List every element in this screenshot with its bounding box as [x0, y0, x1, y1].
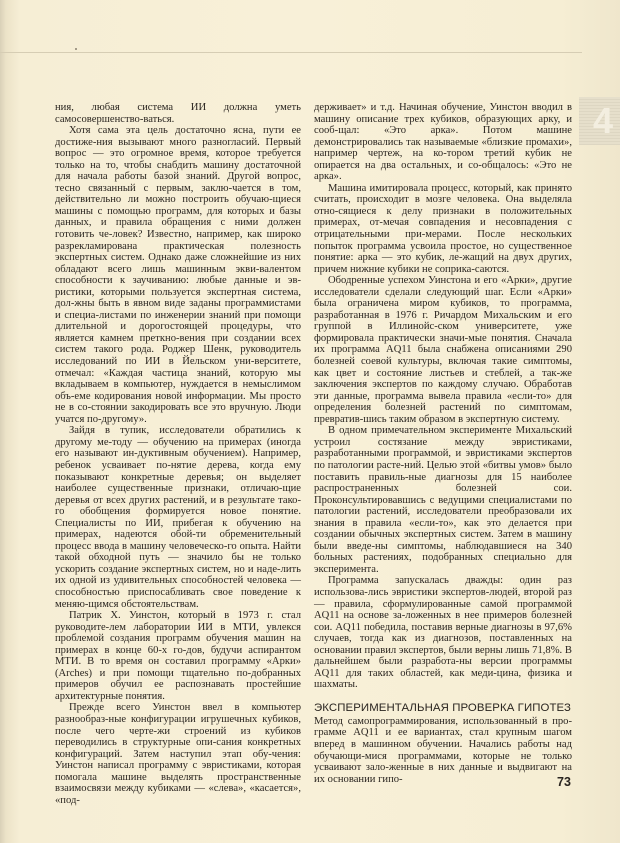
page-number: 73: [557, 775, 571, 789]
paragraph: Программа запускалась дважды: один раз и…: [314, 575, 572, 690]
top-rule: [0, 52, 582, 53]
section-heading: ЭКСПЕРИМЕНТАЛЬНАЯ ПРОВЕРКА ГИПОТЕЗ: [314, 702, 572, 715]
paragraph: Патрик Х. Уинстон, который в 1973 г. ста…: [55, 610, 301, 702]
print-speck: [75, 48, 77, 50]
chapter-tab: 4: [579, 97, 620, 145]
paragraph: Машина имитировала процесс, который, как…: [314, 183, 572, 275]
chapter-number: 4: [593, 103, 613, 139]
paragraph: Хотя сама эта цель достаточно ясна, пути…: [55, 125, 301, 425]
paragraph: ния, любая система ИИ должна уметь самос…: [55, 102, 301, 125]
paragraph: Зайдя в тупик, исследователи обратились …: [55, 425, 301, 610]
paragraph: Прежде всего Уинстон ввел в компьютер ра…: [55, 702, 301, 806]
right-column: держивает» и т.д. Начиная обучение, Уинс…: [314, 102, 572, 785]
paragraph: держивает» и т.д. Начиная обучение, Уинс…: [314, 102, 572, 183]
paragraph: Ободренные успехом Уинстона и его «Арки»…: [314, 275, 572, 425]
left-column: ния, любая система ИИ должна уметь самос…: [55, 102, 301, 806]
paragraph: Метод самопрограммирования, использованн…: [314, 716, 572, 785]
paragraph: В одном примечательном эксперименте Миха…: [314, 425, 572, 575]
